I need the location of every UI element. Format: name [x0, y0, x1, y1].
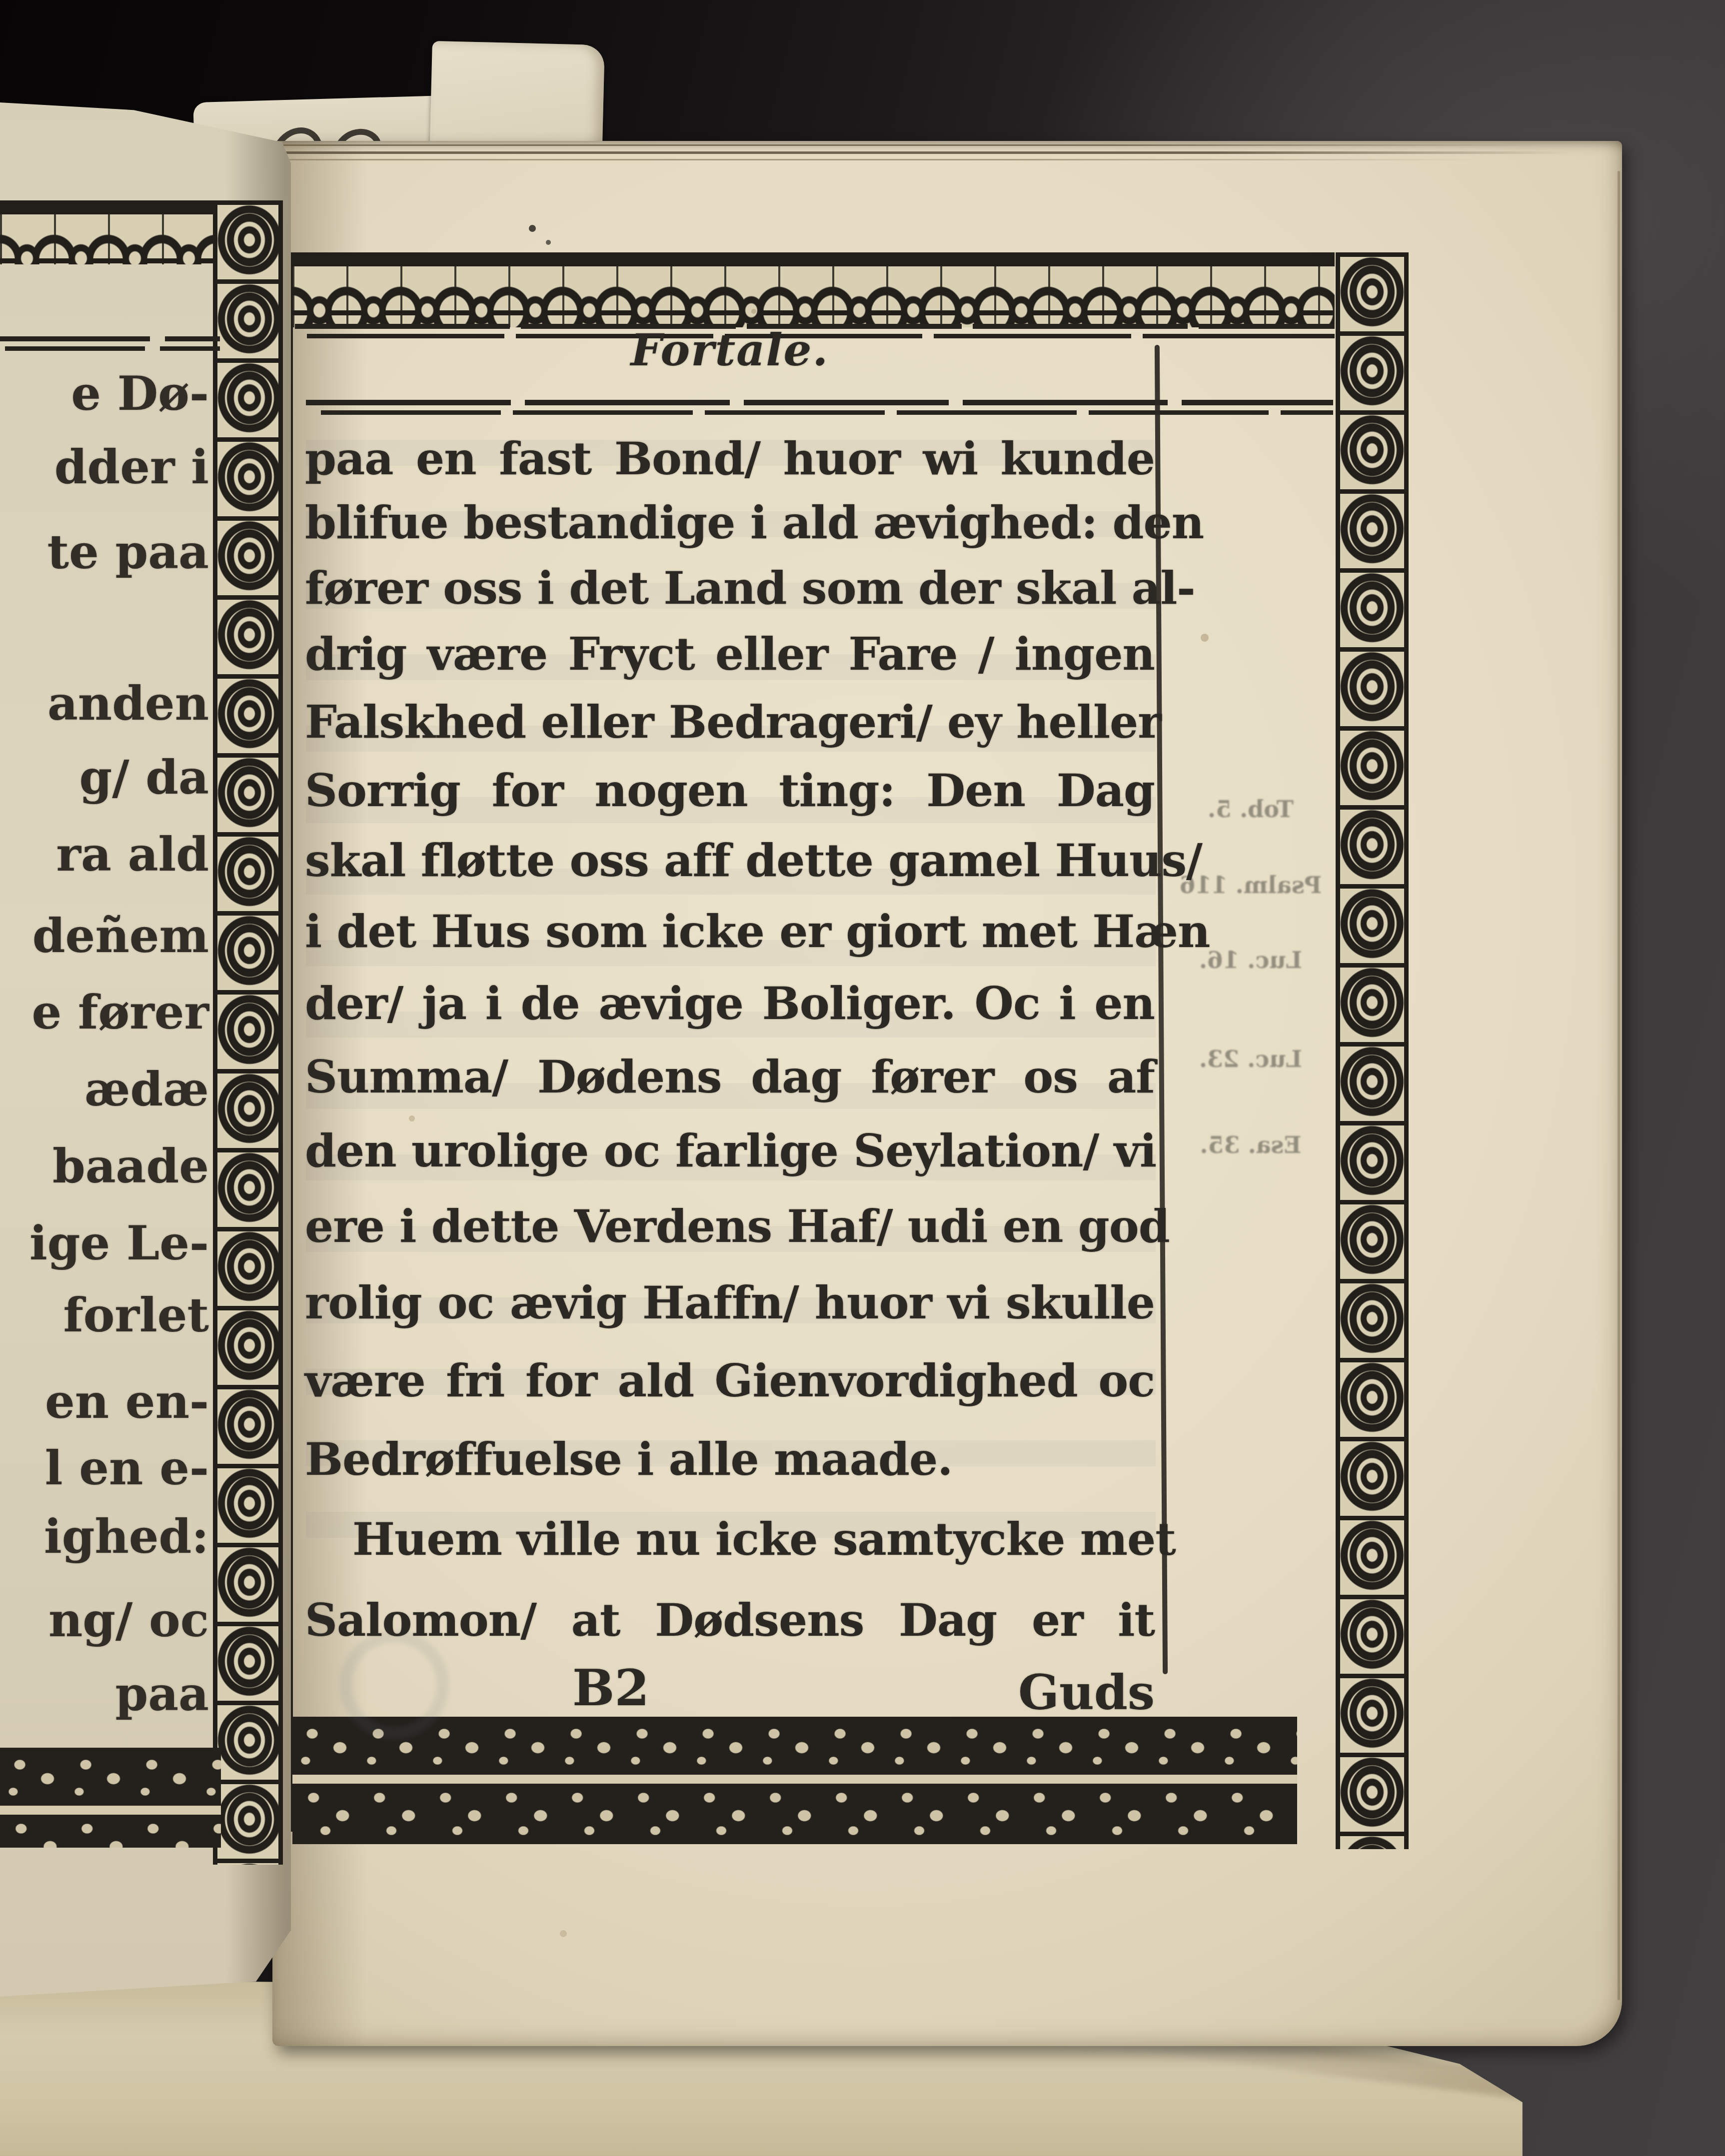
page-edge-line [272, 159, 1622, 160]
text-line: Bedrøffuelse i alle maade. [305, 1426, 1155, 1494]
text-fragment: paa [0, 1667, 209, 1722]
text-line: den urolige oc farlige Seylation/ vi [305, 1118, 1155, 1186]
text-line: ere i dette Verdens Haf/ udi en god [305, 1193, 1155, 1261]
text-line: være fri for ald Gienvordighed oc [305, 1348, 1155, 1416]
header-rule [0, 336, 220, 351]
text-fragment: deñem [0, 909, 209, 964]
book-photo-scene: Fortale. paa en fast Bond/ huor wi kunde… [0, 0, 1725, 2156]
text-line: Huem ville nu icke samtycke met [305, 1506, 1155, 1574]
text-fragment: te paa [0, 525, 209, 580]
text-fragment: g/ da [0, 750, 209, 805]
text-fragment: anden [0, 676, 209, 731]
ornament-border-right [1336, 252, 1409, 1849]
foxing-spot [560, 1930, 567, 1937]
margin-reference-bleed: Esa. 35. [1176, 1131, 1326, 1161]
text-fragment: ædæ [0, 1062, 209, 1117]
text-line: blifue bestandige i ald ævighed: den [305, 490, 1155, 558]
text-line: der/ ja i de ævige Boliger. Oc i en [305, 971, 1155, 1039]
text-fragment: e Dø- [0, 366, 209, 421]
ornament-border-bottom [292, 1717, 1297, 1844]
margin-reference-bleed: Luc. 23. [1176, 1046, 1326, 1076]
ink-speck [546, 240, 551, 245]
previous-page-edge: e Dø- dder i te paa anden g/ da ra ald d… [0, 102, 291, 1997]
text-line: Summa/ Dødens dag fører os af [305, 1044, 1155, 1112]
text-fragment: ng/ oc [0, 1593, 209, 1648]
fore-edge-shadow [1618, 171, 1620, 2000]
text-fragment: l en e- [0, 1441, 209, 1496]
page-edge-line [272, 144, 1622, 146]
header-rule [306, 400, 1333, 415]
ornament-border-top [0, 200, 224, 264]
text-fragment: en en- [0, 1374, 209, 1429]
ink-speck [529, 225, 536, 232]
text-fragment: forlet [0, 1288, 209, 1343]
foxing-spot [409, 1115, 415, 1121]
gathering-signature: B2 [572, 1658, 649, 1717]
margin-reference-bleed: Tob. 5. [1176, 796, 1326, 826]
text-line: Sorrig for nogen ting: Den Dag [305, 758, 1155, 826]
text-fragment: baade [0, 1139, 209, 1194]
text-fragment: dder i [0, 440, 209, 495]
text-line: Falskhed eller Bedrageri/ ey heller [305, 689, 1155, 757]
foxing-spot [1201, 634, 1209, 642]
ornament-border-top [292, 252, 1335, 327]
page-header: Fortale. [305, 324, 1155, 389]
ornament-border-right [213, 200, 283, 1865]
catchword: Guds [930, 1664, 1155, 1721]
text-line: skal fløtte oss aff dette gamel Huus/ [305, 828, 1155, 896]
text-line: paa en fast Bond/ huor wi kunde [305, 426, 1155, 494]
page-edge-line [272, 151, 1622, 154]
text-line: fører oss i det Land som der skal al- [305, 555, 1155, 623]
text-fragment: ighed: [0, 1509, 209, 1564]
text-fragment: ra ald [0, 827, 209, 882]
text-fragment: e fører [0, 985, 209, 1040]
text-fragment: ige Le- [0, 1216, 209, 1271]
text-line: rolig oc ævig Haffn/ huor vi skulle [305, 1270, 1155, 1338]
text-line: drig være Fryct eller Fare / ingen [305, 621, 1155, 689]
text-line: i det Hus som icke er giort met Hæn [305, 899, 1155, 967]
foxing-spot [751, 309, 756, 314]
text-line: Salomon/ at Dødsens Dag er it [305, 1587, 1155, 1655]
ornament-border-bottom [0, 1748, 221, 1848]
